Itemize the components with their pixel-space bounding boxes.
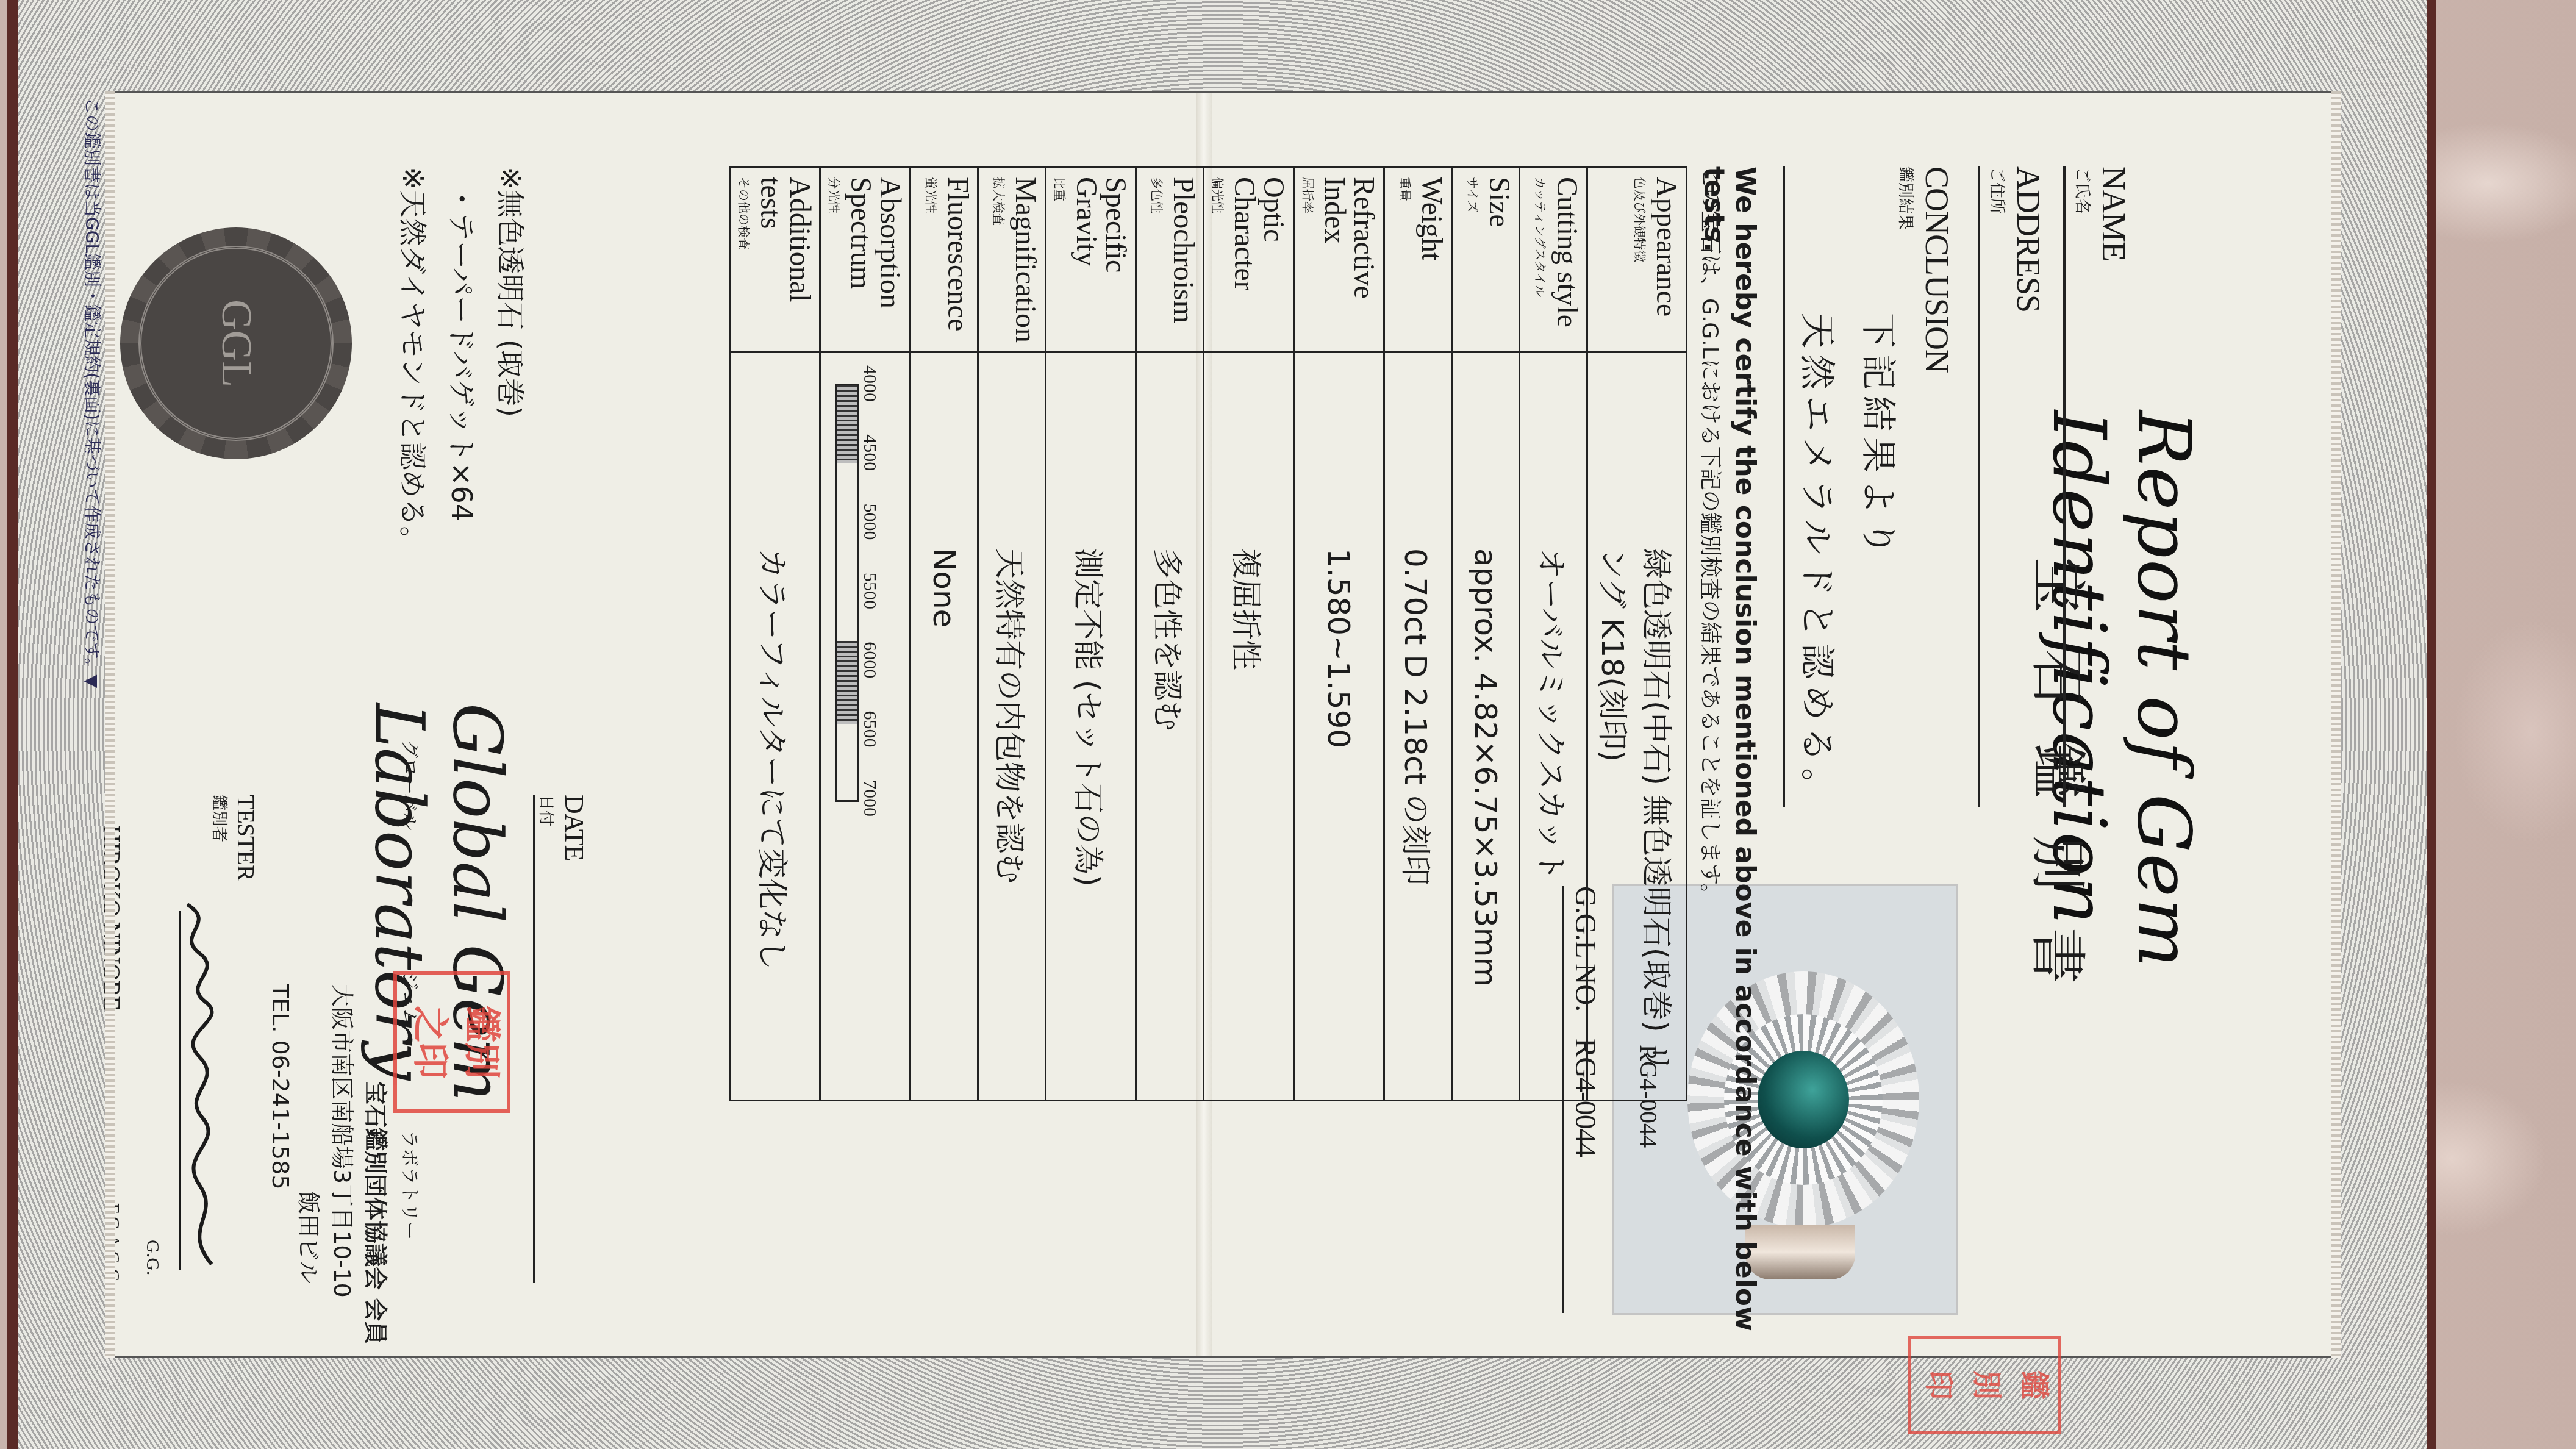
test-label-jp: サイズ (1464, 177, 1482, 343)
test-label: Refractive Index (1320, 177, 1378, 343)
test-label-cell: Appearance色及び外観特徴 (1587, 168, 1687, 352)
test-label-cell: Weight重量 (1384, 168, 1452, 352)
spectrum-tick-label: 4000 (860, 365, 881, 402)
signature (169, 898, 224, 1289)
table-row: Fluorescence蛍光性None (911, 168, 978, 1101)
notes: ※無色透明石 (取巻) ・テーパードバゲット×64 ※天然ダイヤモンドと認める。 (388, 166, 535, 554)
certificate-sheet: Report of Gem Identification 宝石鑑別書 NAME … (18, 0, 2427, 1449)
table-row: Cutting styleカッティングスタイルオーバルミックスカット (1520, 168, 1587, 1101)
test-label: Appearance (1651, 177, 1681, 343)
spectrum-tick-label: 5000 (860, 504, 881, 540)
absorption-band (837, 641, 858, 724)
date-field: DATE 日付 (536, 795, 590, 860)
test-label-cell: Fluorescence蛍光性 (911, 168, 978, 352)
spectrum-tick-label: 6500 (860, 711, 881, 748)
table-row: Sizeサイズapprox. 4.82×6.75×3.53mm (1452, 168, 1520, 1101)
test-label-jp: 色及び外観特徴 (1631, 177, 1649, 343)
table-row: Refractive Index屈折率1.580~1.590 (1294, 168, 1384, 1101)
title-japanese: 宝石鑑別書 (2022, 557, 2102, 1020)
test-label: Weight (1417, 177, 1446, 343)
test-label-cell: Cutting styleカッティングスタイル (1520, 168, 1587, 352)
note-line: ※無色透明石 (取巻) (486, 166, 535, 554)
lab-address: 大阪市南区南船場3丁目10-10 (327, 984, 361, 1298)
test-value: 0.70ct D 2.18ct の刻印 (1384, 352, 1452, 1100)
name-underline (2063, 166, 2066, 807)
rope-border-bottom (105, 91, 115, 1358)
table-row: Magnification拡大検査天然特有の内包物を認む (978, 168, 1046, 1101)
table-row: Optic Character偏光性複屈折性 (1204, 168, 1294, 1101)
test-label: Fluorescence (943, 177, 972, 343)
tester-field: TESTER 鑑別者 (209, 795, 260, 881)
test-label-cell: Sizeサイズ (1452, 168, 1520, 352)
note-line: ※天然ダイヤモンドと認める。 (388, 166, 437, 554)
test-label-cell: Refractive Index屈折率 (1294, 168, 1384, 352)
certificate-body: Report of Gem Identification 宝石鑑別書 NAME … (110, 91, 2336, 1358)
red-seal-stamp-border: 鑑別印 (1908, 1336, 2061, 1434)
test-label-jp: 比重 (1051, 177, 1069, 343)
emerald-center-stone (1758, 1051, 1849, 1148)
test-label-jp: 拡大検査 (990, 177, 1008, 343)
test-value: None (911, 352, 978, 1100)
spectrum-tick-label: 4500 (860, 434, 881, 471)
test-label: Size (1484, 177, 1514, 343)
test-value: 天然特有の内包物を認む (978, 352, 1046, 1100)
ring-band (1745, 1225, 1855, 1279)
date-label: DATE (559, 795, 590, 860)
absorption-spectrum-scale: 4000450050005500600065007000 (848, 310, 878, 1091)
table-row: Specific Gravity比重測定不能 (セット石の為) (1046, 168, 1136, 1101)
address-field: ADDRESS ご住所 (1987, 166, 2047, 312)
table-row: Weight重量0.70ct D 2.18ct の刻印 (1384, 168, 1452, 1101)
test-label-cell: Magnification拡大検査 (978, 168, 1046, 352)
test-label: Cutting style (1552, 177, 1581, 343)
spectrum-tick-label: 6000 (860, 642, 881, 678)
date-label-jp: 日付 (536, 795, 559, 860)
test-value: 測定不能 (セット石の為) (1046, 352, 1136, 1100)
rope-border-top (2331, 91, 2341, 1358)
name-label: NAME (2095, 166, 2133, 261)
conclusion-line-2: 天然エメラルドと認める。 (1795, 313, 1846, 809)
lab-building: 飯田ビル (294, 1191, 327, 1284)
lab-kana-3: ラボラトリー (398, 1130, 425, 1240)
test-label-jp: 分光性 (826, 177, 843, 343)
conclusion-line-1: 下記結果より (1856, 313, 1907, 562)
spectrum-tick-label: 5500 (860, 573, 881, 609)
test-label: Specific Gravity (1072, 177, 1130, 343)
test-label-jp: その他の検査 (735, 177, 753, 343)
name-label-jp: ご氏名 (2072, 166, 2095, 261)
test-label-jp: カッティングスタイル (1532, 177, 1550, 343)
tester-label: TESTER (232, 795, 260, 881)
test-value: 1.580~1.590 (1294, 352, 1384, 1100)
test-label-jp: 多色性 (1148, 177, 1166, 343)
date-underline (533, 795, 535, 1283)
table-row: Additional testsその他の検査カラーフィルターにて変化なし (730, 168, 820, 1101)
test-label: Pleochroism (1168, 177, 1198, 343)
test-value: approx. 4.82×6.75×3.53mm (1452, 352, 1520, 1100)
test-value: 多色性を認む (1136, 352, 1204, 1100)
tester-label-jp: 鑑別者 (209, 795, 232, 881)
test-label-jp: 蛍光性 (923, 177, 940, 343)
test-label-jp: 偏光性 (1209, 177, 1227, 343)
embossed-seal: GGL (120, 227, 352, 459)
test-value: 複屈折性 (1204, 352, 1294, 1100)
test-value: カラーフィルターにて変化なし (730, 352, 820, 1100)
test-value: オーバルミックスカット (1520, 352, 1587, 1100)
test-label-cell: Pleochroism多色性 (1136, 168, 1204, 352)
test-label: Magnification (1011, 177, 1040, 343)
test-label-jp: 屈折率 (1300, 177, 1317, 343)
test-label-cell: Additional testsその他の検査 (730, 168, 820, 352)
test-value: 4000450050005500600065007000 (820, 352, 911, 1100)
test-value: 緑色透明石(中石) 無色透明石(取巻) リング K18(刻印) (1587, 352, 1687, 1100)
lab-telephone: TEL. 06-241-1585 (267, 984, 294, 1190)
address-underline (1978, 166, 1980, 807)
note-line: ・テーパードバゲット×64 (437, 166, 486, 554)
test-label: Additional tests (756, 177, 814, 343)
lab-kana-1: グローバル (398, 740, 425, 831)
test-label-cell: Specific Gravity比重 (1046, 168, 1136, 352)
red-seal-stamp: 鑑別之印 (393, 971, 510, 1113)
absorption-band (837, 385, 858, 463)
test-label-cell: Optic Character偏光性 (1204, 168, 1294, 352)
name-field: NAME ご氏名 (2072, 166, 2133, 261)
table-row: Appearance色及び外観特徴緑色透明石(中石) 無色透明石(取巻) リング… (1587, 168, 1687, 1101)
lab-membership: 宝石鑑別団体協議会 会員 (361, 1081, 395, 1344)
seal-text: GGL (212, 227, 260, 459)
conclusion-label: CONCLUSION (1918, 166, 1956, 373)
spectrum-tick-label: 7000 (860, 780, 881, 817)
test-label-jp: 重量 (1397, 177, 1414, 343)
conclusion-underline (1783, 166, 1785, 807)
test-label: Optic Character (1229, 177, 1288, 343)
address-label: ADDRESS (2009, 166, 2047, 312)
signature-credential: G.G. (142, 1240, 163, 1275)
tests-table: Appearance色及び外観特徴緑色透明石(中石) 無色透明石(取巻) リング… (729, 166, 1687, 1101)
footer-note: この鑑別書は当GGL鑑別・鑑定規約(裏面)に基づいて作成されたものです。▼ (80, 98, 105, 688)
certify-statement-jp: この宝石は、G.G.Lにおける下記の鑑別検査の結果であることを証します。 (1696, 166, 1727, 906)
table-row: Pleochroism多色性多色性を認む (1136, 168, 1204, 1101)
table-row: Absorption Spectrum分光性400045005000550060… (820, 168, 911, 1101)
address-label-jp: ご住所 (1987, 166, 2009, 312)
